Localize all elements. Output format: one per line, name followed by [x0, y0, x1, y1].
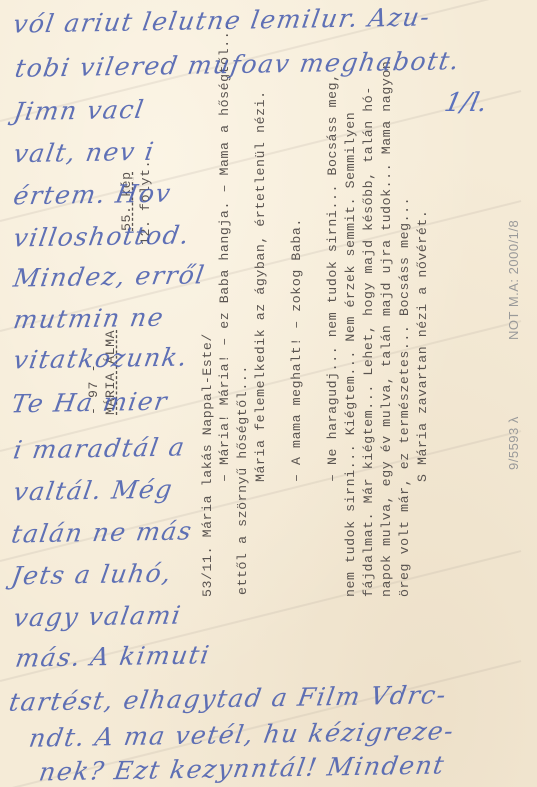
handwritten-line: valtál. Még: [12, 477, 175, 505]
handwritten-line: értem. Hov: [12, 181, 174, 209]
handwritten-line: Mindez, erről: [12, 262, 207, 290]
handwritten-line: villoshottod.: [12, 222, 192, 250]
handwritten-line: Jimn vacl: [12, 97, 147, 124]
handwritten-line: Te Ha mier: [10, 389, 170, 417]
handwritten-letter: 1/l. vól ariut lelutne lemilur. Azu- tob…: [0, 0, 537, 787]
handwritten-line: vól ariut lelutne lemilur. Azu-: [11, 4, 432, 36]
handwritten-line: vagy valami: [12, 603, 184, 631]
page-mark: 1/l.: [442, 88, 490, 118]
handwritten-line: i maradtál a: [12, 435, 188, 463]
handwritten-line: tobi vilered mufoav meghabott.: [13, 48, 462, 81]
handwritten-line: talán ne más: [10, 518, 195, 546]
handwritten-line: mutmin ne: [12, 305, 166, 333]
handwritten-line: Jets a luhó,: [10, 561, 174, 589]
handwritten-line: ndt. A ma vetél, hu kézigreze-: [27, 718, 456, 750]
handwritten-line: valt, nev i: [12, 139, 157, 166]
handwritten-line: tartést, elhagytad a Film Vdrc-: [7, 682, 448, 715]
handwritten-line: vitatkozunk.: [12, 344, 190, 372]
handwritten-line: nek? Ezt kezynntál! Mindent: [37, 752, 446, 784]
handwritten-line: más. A kimuti: [14, 642, 212, 670]
